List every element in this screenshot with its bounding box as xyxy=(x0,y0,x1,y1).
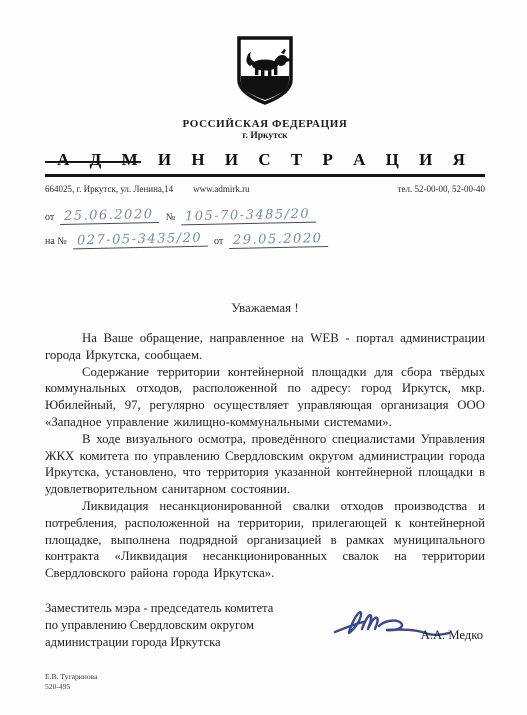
administration-banner: А Д М И Н И С Т Р А Ц И Я xyxy=(45,150,485,172)
reply-from-label: от xyxy=(214,236,223,248)
salutation: Уважаемая ! xyxy=(45,300,485,316)
irkutsk-coat-of-arms-icon xyxy=(236,36,294,106)
paragraph: На Ваше обращение, направленное на WEB -… xyxy=(45,330,485,364)
paragraph: Содержание территории контейнерной площа… xyxy=(45,364,485,431)
outgoing-reference-row: от 25.06.2020 № 105-70-3485/20 xyxy=(45,208,485,224)
from-label: от xyxy=(45,212,54,224)
signer-position: Заместитель мэра - председатель комитета… xyxy=(45,600,313,651)
letterhead-city: г. Иркутск xyxy=(45,131,485,141)
website: www.admirk.ru xyxy=(193,184,249,194)
paragraph: Ликвидация несанкционированной свалки от… xyxy=(45,498,485,582)
letter-body: На Ваше обращение, направленное на WEB -… xyxy=(45,330,485,582)
phone: тел. 52-00-00, 52-00-40 xyxy=(398,184,485,194)
executor-phone: 520-495 xyxy=(45,682,98,692)
incoming-number-handwritten: 027-05-3435/20 xyxy=(73,231,208,250)
signer-position-line: администрации города Иркутска xyxy=(45,634,313,651)
outgoing-date-handwritten: 25.06.2020 xyxy=(60,207,160,225)
signer-position-line: Заместитель мэра - председатель комитета xyxy=(45,600,313,617)
banner-bottom-rule xyxy=(45,174,485,177)
scanned-letter-page: РОССИЙСКАЯ ФЕДЕРАЦИЯ г. Иркутск А Д М И … xyxy=(0,0,527,715)
executor-name: Е.В. Тугаринова xyxy=(45,672,98,682)
executor-footer: Е.В. Тугаринова 520-495 xyxy=(45,672,98,691)
reference-block: от 25.06.2020 № 105-70-3485/20 на № 027-… xyxy=(45,208,485,248)
paragraph: В ходе визуального осмотра, проведённого… xyxy=(45,431,485,498)
signature-area: А.А. Медко xyxy=(313,600,485,651)
signer-name: А.А. Медко xyxy=(421,628,483,643)
outgoing-number-handwritten: 105-70-3485/20 xyxy=(181,207,316,226)
letterhead-country: РОССИЙСКАЯ ФЕДЕРАЦИЯ xyxy=(45,118,485,130)
signature-block: Заместитель мэра - председатель комитета… xyxy=(45,600,485,651)
administration-title: А Д М И Н И С Т Р А Ц И Я xyxy=(45,150,485,170)
letterhead: РОССИЙСКАЯ ФЕДЕРАЦИЯ г. Иркутск А Д М И … xyxy=(45,0,485,194)
incoming-reference-row: на № 027-05-3435/20 от 29.05.2020 xyxy=(45,232,485,248)
incoming-date-handwritten: 29.05.2020 xyxy=(229,231,329,249)
signer-position-line: по управлению Свердловским округом xyxy=(45,617,313,634)
reply-label: на № xyxy=(45,236,67,248)
number-label: № xyxy=(166,212,176,224)
address-row: 664025, г. Иркутск, ул. Ленина,14 www.ad… xyxy=(45,184,485,194)
postal-address: 664025, г. Иркутск, ул. Ленина,14 xyxy=(45,184,173,194)
